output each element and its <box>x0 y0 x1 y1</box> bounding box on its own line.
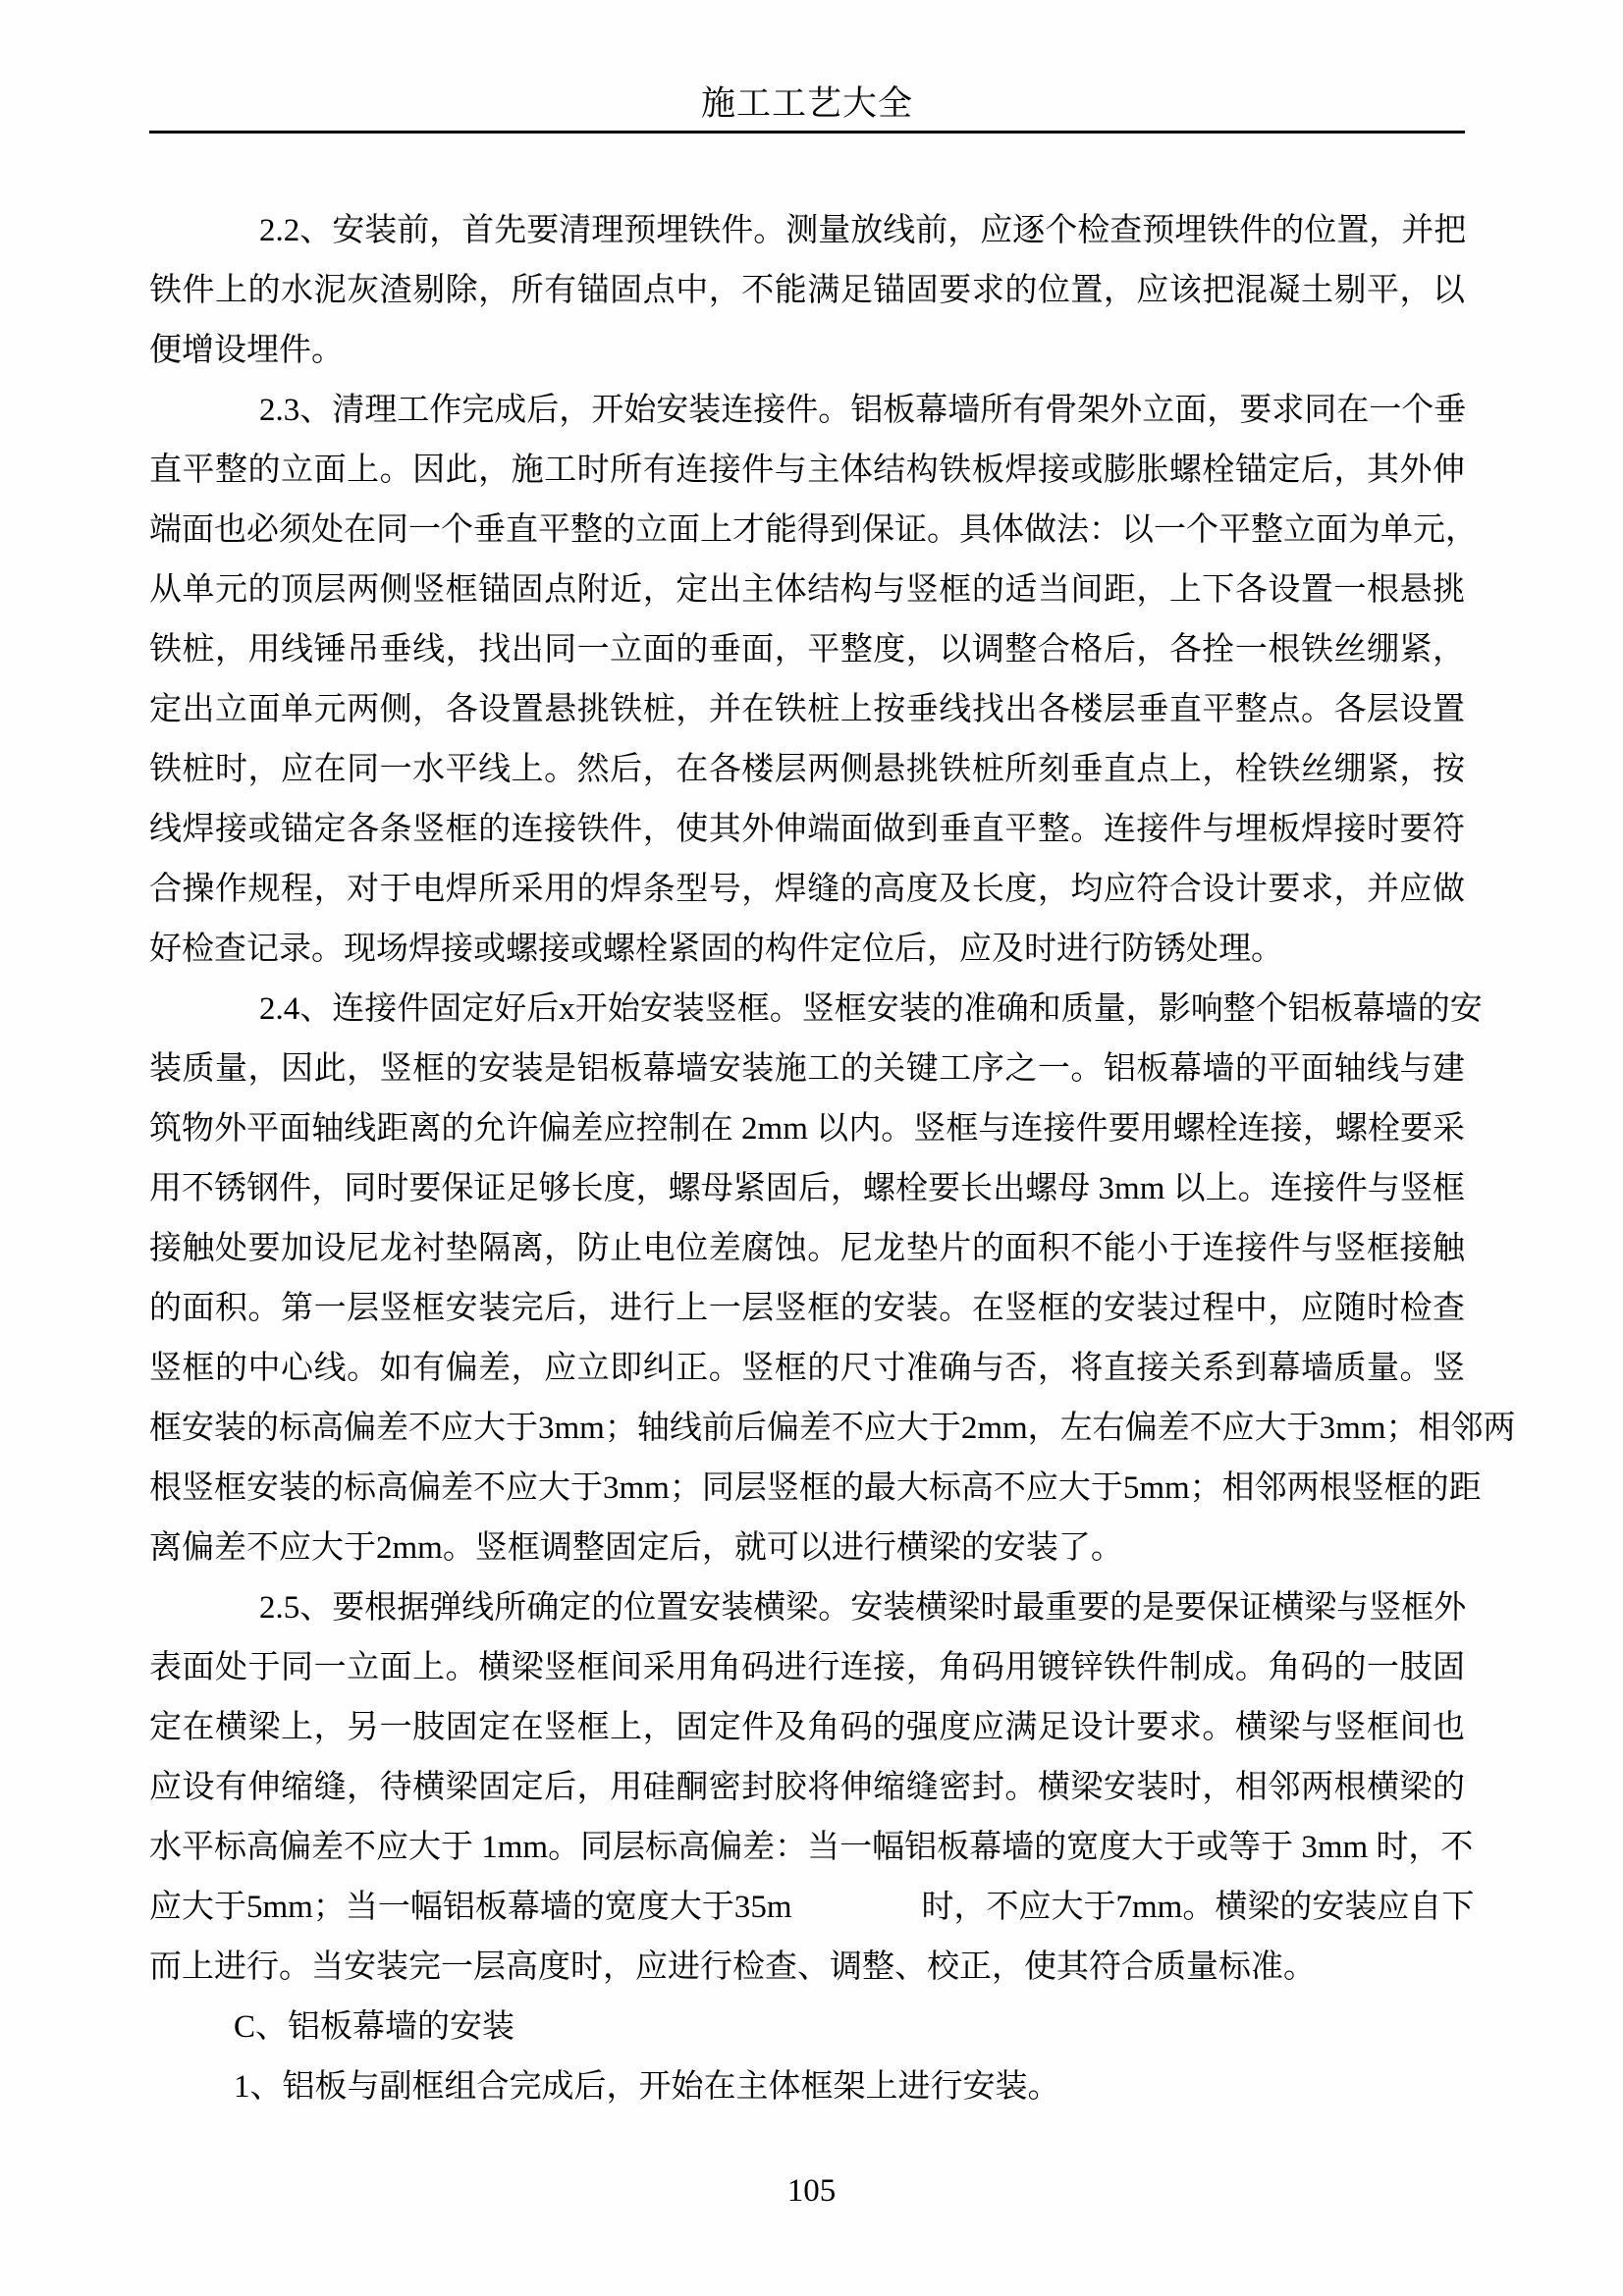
text-line: 筑物外平面轴线距离的允许偏差应控制在 2mm 以内。竖框与连接件要用螺栓连接，螺… <box>149 1099 1465 1159</box>
text-line: 从单元的顶层两侧竖框锚固点附近，定出主体结构与竖框的适当间距，上下各设置一根悬挑 <box>149 561 1465 620</box>
text-line: 的面积。第一层竖框安装完后，进行上一层竖框的安装。在竖框的安装过程中，应随时检查 <box>149 1279 1465 1339</box>
paragraph: 2.5、要根据弹线所确定的位置安装横梁。安装横梁时最重要的是要保证横梁与竖框外表… <box>149 1578 1465 1998</box>
page-number: 105 <box>0 2171 1623 2211</box>
text-line: 合操作规程，对于电焊所采用的焊条型号，焊缝的高度及长度，均应符合设计要求，并应做 <box>149 860 1465 920</box>
text-line: 框安装的标高偏差不应大于3mm；轴线前后偏差不应大于2mm，左右偏差不应大于3m… <box>149 1399 1465 1459</box>
document-title: 施工工艺大全 <box>149 84 1465 124</box>
text-line: 直平整的立面上。因此，施工时所有连接件与主体结构铁板焊接或膨胀螺栓锚定后，其外伸 <box>149 441 1465 501</box>
text-line: 水平标高偏差不应大于 1mm。同层标高偏差：当一幅铝板幕墙的宽度大于或等于 3m… <box>149 1818 1465 1878</box>
text-line: C、铝板幕墙的安装 <box>149 1998 1465 2057</box>
page-container: 施工工艺大全 2.2、安装前，首先要清理预埋铁件。测量放线前，应逐个检查预埋铁件… <box>0 0 1623 2296</box>
text-line: 端面也必须处在同一个垂直平整的立面上才能得到保证。具体做法：以一个平整立面为单元… <box>149 501 1465 561</box>
text-line: 离偏差不应大于2mm。竖框调整固定后，就可以进行横梁的安装了。 <box>149 1519 1465 1578</box>
text-line: 定出立面单元两侧，各设置悬挑铁桩，并在铁桩上按垂线找出各楼层垂直平整点。各层设置 <box>149 680 1465 740</box>
text-line: 竖框的中心线。如有偏差，应立即纠正。竖框的尺寸准确与否，将直接关系到幕墙质量。竖 <box>149 1339 1465 1399</box>
paragraph: 2.3、清理工作完成后，开始安装连接件。铝板幕墙所有骨架外立面，要求同在一个垂直… <box>149 381 1465 980</box>
paragraph: 2.4、连接件固定好后x开始安装竖框。竖框安装的准确和质量，影响整个铝板幕墙的安… <box>149 980 1465 1578</box>
text-line: 装质量，因此，竖框的安装是铝板幕墙安装施工的关键工序之一。铝板幕墙的平面轴线与建 <box>149 1040 1465 1099</box>
text-line: 而上进行。当安装完一层高度时，应进行检查、调整、校正，使其符合质量标准。 <box>149 1938 1465 1998</box>
text-line: 表面处于同一立面上。横梁竖框间采用角码进行连接，角码用镀锌铁件制成。角码的一肢固 <box>149 1638 1465 1698</box>
document-body: 2.2、安装前，首先要清理预埋铁件。测量放线前，应逐个检查预埋铁件的位置，并把铁… <box>149 201 1465 2117</box>
text-line: 定在横梁上，另一肢固定在竖框上，固定件及角码的强度应满足设计要求。横梁与竖框间也 <box>149 1698 1465 1758</box>
text-line: 好检查记录。现场焊接或螺接或螺栓紧固的构件定位后，应及时进行防锈处理。 <box>149 920 1465 980</box>
text-line: 接触处要加设尼龙衬垫隔离，防止电位差腐蚀。尼龙垫片的面积不能小于连接件与竖框接触 <box>149 1219 1465 1279</box>
text-line: 1、铝板与副框组合完成后，开始在主体框架上进行安装。 <box>149 2057 1465 2117</box>
text-line: 便增设埋件。 <box>149 321 1465 381</box>
text-line: 应设有伸缩缝，待横梁固定后，用硅酮密封胶将伸缩缝密封。横梁安装时，相邻两根横梁的 <box>149 1758 1465 1818</box>
document-header: 施工工艺大全 <box>149 0 1465 133</box>
text-line: 2.5、要根据弹线所确定的位置安装横梁。安装横梁时最重要的是要保证横梁与竖框外 <box>149 1578 1465 1638</box>
text-line: 2.2、安装前，首先要清理预埋铁件。测量放线前，应逐个检查预埋铁件的位置，并把 <box>149 201 1465 261</box>
text-line: 铁件上的水泥灰渣剔除，所有锚固点中，不能满足锚固要求的位置，应该把混凝土剔平，以 <box>149 261 1465 321</box>
paragraph: 2.2、安装前，首先要清理预埋铁件。测量放线前，应逐个检查预埋铁件的位置，并把铁… <box>149 201 1465 381</box>
header-divider <box>149 131 1465 133</box>
text-line: 2.4、连接件固定好后x开始安装竖框。竖框安装的准确和质量，影响整个铝板幕墙的安 <box>149 980 1465 1040</box>
text-line: 线焊接或锚定各条竖框的连接铁件，使其外伸端面做到垂直平整。连接件与埋板焊接时要符 <box>149 800 1465 860</box>
text-line: 用不锈钢件，同时要保证足够长度，螺母紧固后，螺栓要长出螺母 3mm 以上。连接件… <box>149 1159 1465 1219</box>
text-line: 2.3、清理工作完成后，开始安装连接件。铝板幕墙所有骨架外立面，要求同在一个垂 <box>149 381 1465 441</box>
text-line: 铁桩时，应在同一水平线上。然后，在各楼层两侧悬挑铁桩所刻垂直点上，栓铁丝绷紧，按 <box>149 740 1465 800</box>
text-line: 铁桩，用线锤吊垂线，找出同一立面的垂面，平整度，以调整合格后，各拴一根铁丝绷紧， <box>149 620 1465 680</box>
text-line: 根竖框安装的标高偏差不应大于3mm；同层竖框的最大标高不应大于5mm；相邻两根竖… <box>149 1459 1465 1519</box>
paragraph: C、铝板幕墙的安装 <box>149 1998 1465 2057</box>
paragraph: 1、铝板与副框组合完成后，开始在主体框架上进行安装。 <box>149 2057 1465 2117</box>
text-line: 应大于5mm；当一幅铝板幕墙的宽度大于35m 时，不应大于7mm。横梁的安装应自… <box>149 1878 1465 1938</box>
